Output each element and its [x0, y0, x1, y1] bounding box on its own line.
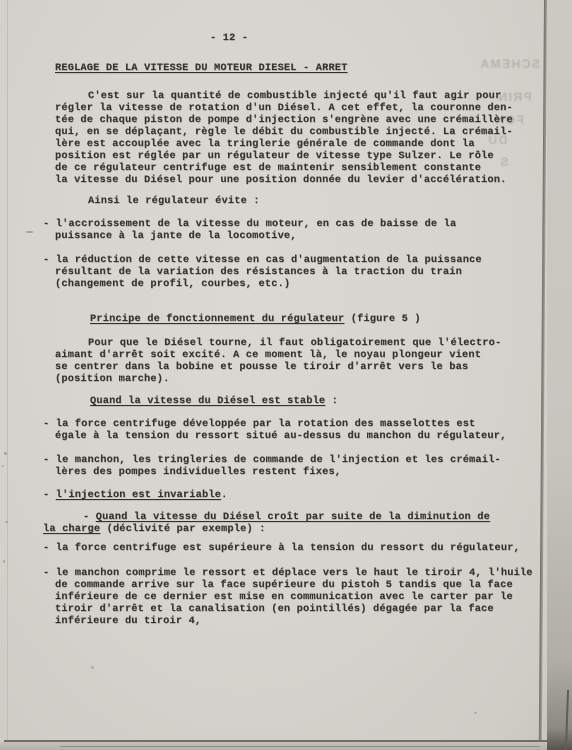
body-line: de ce régulateur centrifuge est de maint…	[55, 162, 481, 174]
list-item-line: - le manchon, les tringleries de command…	[43, 454, 501, 466]
body-line: tée de chaque piston de pompe d'injectio…	[55, 114, 513, 126]
subheading: Quand la vitesse du Diésel est stable :	[90, 395, 338, 407]
list-item-line: - la force centrifuge développée par la …	[43, 418, 475, 430]
list-item-line: - la réduction de cette vitesse en cas d…	[43, 254, 482, 266]
next-page-edge	[547, 0, 572, 750]
body-line: Pour que le Diésel tourne, il faut oblig…	[88, 337, 501, 349]
list-item-line: - le manchon comprime le ressort et dépl…	[43, 567, 533, 579]
list-item-line: égale à la tension du ressort situé au-d…	[55, 430, 507, 442]
list-item-line: lères des pompes individuelles restent f…	[55, 466, 341, 478]
list-item-line: - la force centrifuge est supérieure à l…	[43, 542, 520, 554]
subheading: la charge (déclivité par exemple) :	[43, 523, 266, 535]
page-number: - 12 -	[210, 32, 248, 44]
scanned-document-page: SCHEMAPRINFONDUS - 12 -REGLAGE DE LA VIT…	[0, 0, 572, 750]
body-line: aimant d'arrêt soit excité. A ce moment …	[55, 349, 481, 361]
body-line: (position marche).	[55, 373, 169, 385]
body-line: lère est accouplée avec la tringlerie gé…	[55, 138, 475, 150]
body-line: la vitesse du Diésel pour une position d…	[55, 174, 507, 186]
section-title: REGLAGE DE LA VITESSE DU MOTEUR DIESEL -…	[55, 62, 348, 74]
list-item-line: - l'injection est invariable.	[43, 489, 227, 501]
body-line: C'est sur la quantité de combustible inj…	[88, 90, 501, 102]
bleedthrough-text: S	[499, 155, 509, 169]
list-item-line: puissance à la jante de la locomotive,	[55, 230, 297, 242]
subheading: - Quand la vitesse du Diésel croît par s…	[83, 511, 490, 523]
list-item-line: inférieure de ce dernier est mise en com…	[55, 591, 513, 603]
list-item-line: tiroir d'arrêt et la canalisation (en po…	[55, 603, 494, 615]
list-item-line: inférieure du tiroir 4,	[55, 615, 201, 627]
paper-speck	[4, 452, 7, 455]
body-line: Ainsi le régulateur évite :	[88, 195, 260, 207]
list-item-line: (changement de profil, courbes, etc.)	[55, 278, 290, 290]
paper-speck	[3, 560, 5, 563]
body-line: position est réglée par un régulateur de…	[55, 150, 494, 162]
subheading: Principe de fonctionnement du régulateur…	[90, 313, 421, 325]
paper-left-edge	[7, 0, 8, 742]
paper-speck	[91, 666, 94, 669]
list-item-line: - l'accroissement de la vitesse du moteu…	[43, 218, 456, 230]
paper-speck	[474, 712, 477, 714]
list-item-line: résultant de la variation des résistance…	[55, 266, 462, 278]
paper-speck	[2, 465, 4, 467]
list-item-line: de commande arrive sur la face supérieur…	[55, 579, 513, 591]
body-line: qui, en se déplaçant, règle le débit du …	[55, 126, 513, 138]
paper-speck	[5, 521, 8, 523]
page-stack-line	[60, 746, 540, 747]
body-line: régler la vitesse de rotation d'un Diése…	[55, 102, 513, 114]
body-line: se centrer dans la bobine et pousse le t…	[55, 361, 468, 373]
paper-smudge	[26, 231, 33, 233]
bleedthrough-text: SCHEMA	[479, 57, 540, 71]
